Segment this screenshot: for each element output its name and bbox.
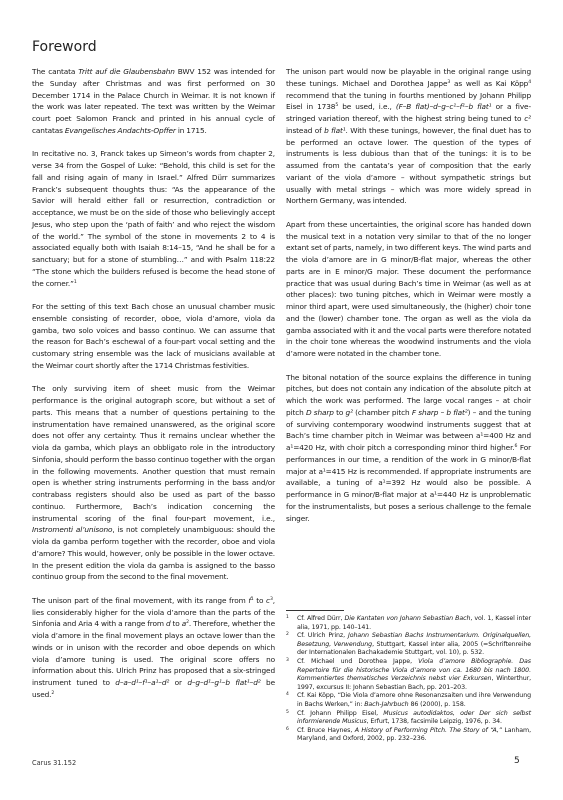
work-title: Tritt auf die Glaubensbahn (78, 67, 175, 76)
text: For performances in our time, a renditio… (286, 443, 531, 523)
paragraph-pitch: The bitonal notation of the source expla… (286, 372, 531, 525)
pitch: g² (346, 408, 353, 417)
footnote-number: 5 (286, 709, 289, 718)
left-column: The cantata Tritt auf die Glaubensbahn B… (32, 66, 275, 701)
pitch: D sharp (306, 408, 334, 417)
term-italic: Instromenti al’unisono (32, 525, 112, 534)
tuning: d–g–d¹–g¹–b flat¹–d² (187, 678, 260, 687)
text: , Erfurt, 1738, facsimile Leipzig, 1976,… (367, 718, 502, 725)
text: to (254, 596, 266, 605)
text: Cf. Ulrich Prinz, (297, 632, 348, 639)
text: Cf. Bruce Haynes, (297, 727, 355, 734)
pitch: F sharp – b flat² (412, 408, 468, 417)
text: or (169, 678, 187, 687)
footnote-ref[interactable]: 1 (74, 280, 77, 285)
footnote-number: 2 (286, 631, 289, 640)
text: Cf. Johann Philipp Eisel, (297, 710, 383, 717)
text: Cf. Michael und Dorothea Jappe, (297, 658, 418, 665)
footnote: 3Cf. Michael und Dorothea Jappe, Viola d… (286, 658, 531, 692)
text: The cantata (32, 67, 78, 76)
text: be used, i.e., (338, 102, 396, 111)
page-number: 5 (514, 756, 520, 766)
paragraph-sources: The only surviving item of sheet music f… (32, 383, 275, 583)
catalog-number: Carus 31.152 (32, 759, 76, 767)
text: in 1715. (176, 126, 207, 135)
text: The unison part of the final movement, w… (32, 596, 248, 605)
footnote: 2Cf. Ulrich Prinz, Johann Sebastian Bach… (286, 632, 531, 658)
footnote-number: 1 (286, 614, 289, 623)
paragraph-intro: The cantata Tritt auf die Glaubensbahn B… (32, 66, 275, 137)
text: The only surviving item of sheet music f… (32, 384, 275, 522)
paragraph-unison: The unison part of the final movement, w… (32, 595, 275, 701)
text: instead of (286, 126, 324, 135)
footnote-divider (286, 610, 344, 611)
text: to (334, 408, 346, 417)
page-title: Foreword (32, 39, 97, 55)
text: (chamber pitch (353, 408, 412, 417)
paragraph-tunings: The unison part would now be playable in… (286, 66, 531, 207)
text: to (171, 619, 182, 628)
footnote: 1Cf. Alfred Dürr, Die Kantaten von Johan… (286, 615, 531, 632)
footnote: 6Cf. Bruce Haynes, A History of Performi… (286, 727, 531, 744)
footnote-number: 3 (286, 657, 289, 666)
text: For the setting of this text Bach chose … (32, 302, 275, 370)
text: . With these tunings, however, the final… (286, 126, 531, 206)
footnote: 5Cf. Johann Philipp Eisel, Musicus autod… (286, 710, 531, 727)
tuning: (F–B flat)–d–g–c¹–f¹–b flat¹ (396, 102, 492, 111)
tuning: d–a–d¹–f¹–a¹–d² (115, 678, 169, 687)
paragraph-recitative: In recitative no. 3, Franck takes up Sim… (32, 148, 275, 289)
footnote-number: 6 (286, 726, 289, 735)
footnote-ref[interactable]: 4 (528, 80, 531, 85)
text: BWV 152 was intended for the Sunday afte… (32, 67, 275, 135)
text: 86 (2000), p. 158. (409, 701, 466, 708)
citation-title: Die Kantaten von Johann Sebastian Bach (345, 615, 471, 622)
right-column: The unison part would now be playable in… (286, 66, 531, 524)
citation-title: Bach-Jahrbuch (364, 701, 408, 708)
citation-title: A History of Performing Pitch. The Story… (355, 727, 502, 734)
footnotes: 1Cf. Alfred Dürr, Die Kantaten von Johan… (286, 610, 531, 744)
paragraph-notation: Apart from these uncertainties, the orig… (286, 219, 531, 360)
footnote-ref[interactable]: 2 (51, 691, 54, 696)
text: as well as Kai Köpp (450, 79, 528, 88)
paragraph-ensemble: For the setting of this text Bach chose … (32, 301, 275, 372)
footnote: 4Cf. Kai Köpp, “Die Viola d’amore ohne R… (286, 692, 531, 709)
pitch: b flat¹ (324, 126, 345, 135)
footnote-number: 4 (286, 691, 289, 700)
text: Cf. Alfred Dürr, (297, 615, 345, 622)
pitch: c² (524, 114, 531, 123)
text: . Therefore, whether the viola d’amore i… (32, 619, 275, 687)
publication-title: Evangelisches Andachts-Opffer (65, 126, 176, 135)
text: Apart from these uncertainties, the orig… (286, 220, 531, 358)
text: In recitative no. 3, Franck takes up Sim… (32, 149, 275, 287)
